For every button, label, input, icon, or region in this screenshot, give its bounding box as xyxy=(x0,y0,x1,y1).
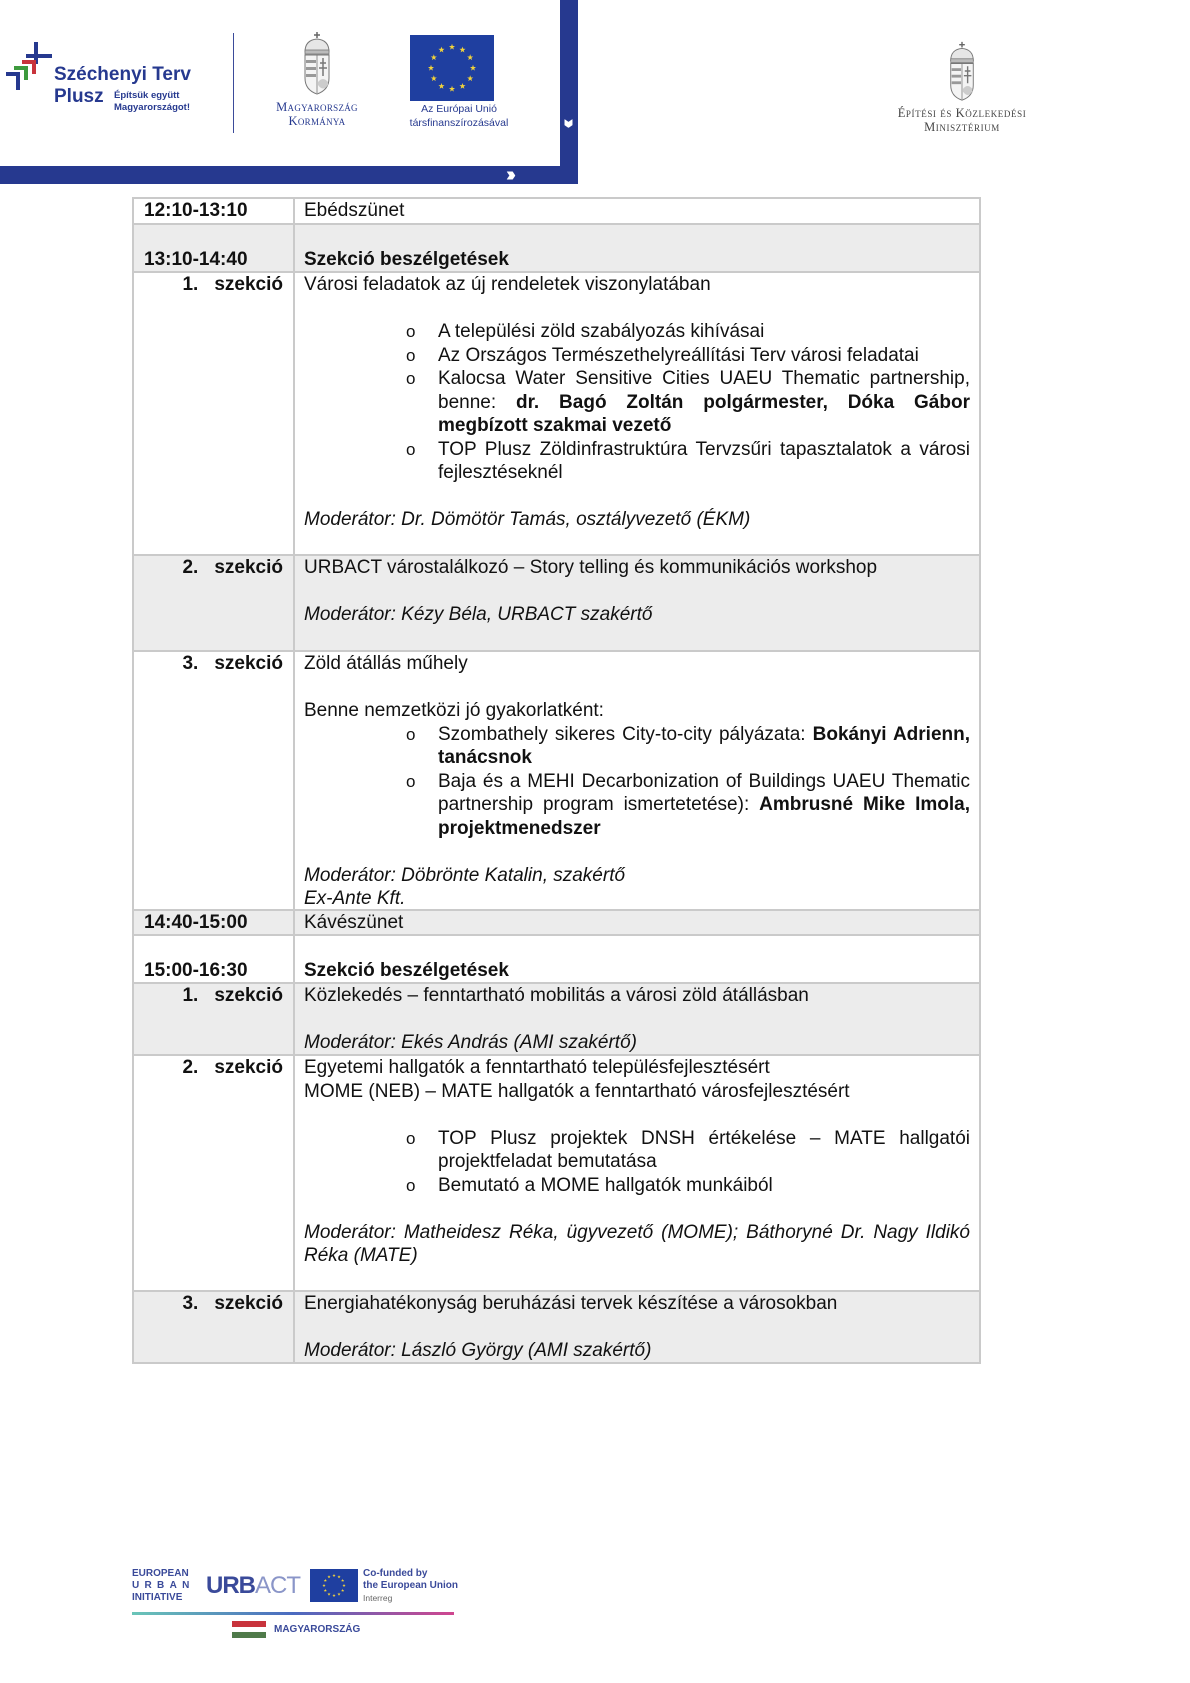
title-cell: Szekció beszélgetések xyxy=(295,936,979,982)
section-cell: 2.szekció xyxy=(134,556,295,650)
title-cell: Kávészünet xyxy=(295,911,979,934)
section-content: Energiahatékonyság beruházási tervek kés… xyxy=(295,1292,979,1362)
section-content: Közlekedés – fenntartható mobilitás a vá… xyxy=(295,984,979,1054)
section-title: Egyetemi hallgatók a fenntartható telepü… xyxy=(304,1056,970,1080)
section-intro: Benne nemzetközi jó gyakorlatként: xyxy=(304,699,970,723)
section-cell: 1.szekció xyxy=(134,273,295,554)
section-label: szekció xyxy=(214,557,283,578)
section-number: 1. xyxy=(182,984,198,1008)
table-row-session-block-1: 13:10-14:40 Szekció beszélgetések xyxy=(134,225,979,273)
table-row-section: 1.szekció Városi feladatok az új rendele… xyxy=(134,273,979,556)
time-cell: 15:00-16:30 xyxy=(134,936,295,982)
header-vertical-bar xyxy=(560,0,578,184)
section-label: szekció xyxy=(214,274,283,295)
time-cell: 13:10-14:40 xyxy=(134,225,295,271)
eu-line-1: Az Európai Unió xyxy=(394,102,524,116)
time-text: 15:00-16:30 xyxy=(144,959,293,983)
speaker-names: dr. Bagó Zoltán polgármester, Dóka Gábor… xyxy=(438,392,970,437)
page-header: Széchenyi Terv Plusz Építsük együtt Magy… xyxy=(0,0,1190,190)
list-item: A települési zöld szabályozás kihívásai xyxy=(398,320,970,344)
country-label: MAGYARORSZÁG xyxy=(274,1624,360,1635)
ministry-logo: Építési és Közlekedési Minisztérium xyxy=(872,40,1052,140)
hungarian-coat-of-arms-icon xyxy=(946,40,978,102)
szechenyi-cross-icon xyxy=(4,42,54,92)
urbact-logo: URBACT xyxy=(206,1572,300,1600)
table-row-section: 1.szekció Közlekedés – fenntartható mobi… xyxy=(134,984,979,1056)
list-item: Bemutató a MOME hallgatók munkáiból xyxy=(398,1174,970,1198)
section-label: szekció xyxy=(214,1293,283,1314)
section-content: URBACT várostalálkozó – Story telling és… xyxy=(295,556,979,650)
title-cell: Ebédszünet xyxy=(295,199,979,223)
logo-divider xyxy=(233,33,234,133)
eu-logo-text: Az Európai Unió társfinanszírozásával xyxy=(394,102,524,130)
ministry-line-1: Építési és Közlekedési xyxy=(872,106,1052,120)
cofunded-line-1: Co-funded by xyxy=(363,1568,458,1580)
section-title: Közlekedés – fenntartható mobilitás a vá… xyxy=(304,984,970,1008)
government-logo: Magyarország Kormánya xyxy=(252,30,382,130)
eu-flag-icon xyxy=(310,1569,358,1602)
section-number: 1. xyxy=(182,273,198,297)
header-horizontal-bar xyxy=(0,166,560,184)
section-cell: 1.szekció xyxy=(134,984,295,1054)
moderator: Moderátor: Kézy Béla, URBACT szakértő xyxy=(304,603,970,627)
szechenyi-title: Széchenyi Terv xyxy=(54,64,191,86)
szechenyi-tagline: Építsük együtt Magyarországot! xyxy=(114,90,190,114)
hungarian-flag-icon xyxy=(232,1621,266,1638)
section-title: Energiahatékonyság beruházási tervek kés… xyxy=(304,1292,970,1316)
eui-line-2: URBAN xyxy=(132,1580,195,1592)
section-subtitle: MOME (NEB) – MATE hallgatók a fenntartha… xyxy=(304,1080,970,1104)
szechenyi-subtitle: Plusz xyxy=(54,86,104,108)
chevrons-down-icon: ››› xyxy=(560,112,578,130)
european-urban-initiative-logo: EUROPEAN URBAN INITIATIVE xyxy=(132,1568,195,1604)
list-item: Szombathely sikeres City-to-city pályáza… xyxy=(398,723,970,770)
list-item-text: Szombathely sikeres City-to-city pályáza… xyxy=(438,724,813,745)
section-number: 2. xyxy=(182,1056,198,1080)
szechenyi-terv-logo: Széchenyi Terv Plusz Építsük együtt Magy… xyxy=(4,42,234,122)
table-row-section: 2.szekció URBACT várostalálkozó – Story … xyxy=(134,556,979,652)
moderator-org: Ex-Ante Kft. xyxy=(304,887,970,911)
moderator: Moderátor: László György (AMI szakértő) xyxy=(304,1339,970,1363)
time-text: 13:10-14:40 xyxy=(144,248,293,272)
moderator: Moderátor: Ekés András (AMI szakértő) xyxy=(304,1031,970,1055)
title-text: Szekció beszélgetések xyxy=(304,959,970,983)
ministry-logo-text: Építési és Közlekedési Minisztérium xyxy=(872,106,1052,134)
cofunded-line-2: the European Union xyxy=(363,1580,458,1592)
moderator: Moderátor: Matheidesz Réka, ügyvezető (M… xyxy=(304,1221,970,1268)
table-row-lunch: 12:10-13:10 Ebédszünet xyxy=(134,199,979,225)
interreg-label: Interreg xyxy=(363,1592,458,1604)
table-row-section: 2.szekció Egyetemi hallgatók a fenntarth… xyxy=(134,1056,979,1292)
section-label: szekció xyxy=(214,985,283,1006)
table-row-coffee-break: 14:40-15:00 Kávészünet xyxy=(134,911,979,936)
section-label: szekció xyxy=(214,1057,283,1078)
section-title: Városi feladatok az új rendeletek viszon… xyxy=(304,273,970,297)
list-item: TOP Plusz projektek DNSH értékelése – MA… xyxy=(398,1127,970,1174)
chevrons-right-icon: ››› xyxy=(506,166,511,184)
moderator: Moderátor: Döbrönte Katalin, szakértő xyxy=(304,864,970,888)
section-number: 3. xyxy=(182,1292,198,1316)
list-item: Az Országos Természethelyreállítási Terv… xyxy=(398,344,970,368)
table-row-section: 3.szekció Zöld átállás műhely Benne nemz… xyxy=(134,652,979,911)
section-title: Zöld átállás műhely xyxy=(304,652,970,676)
gradient-divider xyxy=(132,1612,454,1615)
title-cell: Szekció beszélgetések xyxy=(295,225,979,271)
cofunded-text: Co-funded by the European Union Interreg xyxy=(363,1568,458,1604)
tagline-line-1: Építsük együtt xyxy=(114,90,190,102)
title-text: Szekció beszélgetések xyxy=(304,248,970,272)
urbact-bold: URB xyxy=(206,1572,255,1599)
section-content: Egyetemi hallgatók a fenntartható telepü… xyxy=(295,1056,979,1290)
agenda-table: 12:10-13:10 Ebédszünet 13:10-14:40 Szekc… xyxy=(132,197,981,1364)
gov-line-1: Magyarország xyxy=(252,100,382,114)
tagline-line-2: Magyarországot! xyxy=(114,102,190,114)
eui-line-1: EUROPEAN xyxy=(132,1568,195,1580)
eui-line-3: INITIATIVE xyxy=(132,1592,195,1604)
eu-line-2: társfinanszírozásával xyxy=(394,116,524,130)
section-number: 3. xyxy=(182,652,198,676)
list-item: Kalocsa Water Sensitive Cities UAEU Them… xyxy=(398,367,970,438)
moderator: Moderátor: Dr. Dömötör Tamás, osztályvez… xyxy=(304,508,970,532)
eu-logo: Az Európai Unió társfinanszírozásával xyxy=(394,32,524,132)
bullet-list: Szombathely sikeres City-to-city pályáza… xyxy=(304,723,970,841)
time-cell: 12:10-13:10 xyxy=(134,199,295,223)
urbact-light: ACT xyxy=(255,1572,300,1599)
list-item: Baja és a MEHI Decarbonization of Buildi… xyxy=(398,770,970,841)
section-label: szekció xyxy=(214,653,283,674)
time-cell: 14:40-15:00 xyxy=(134,911,295,934)
section-title: URBACT várostalálkozó – Story telling és… xyxy=(304,556,970,580)
government-logo-text: Magyarország Kormánya xyxy=(252,100,382,128)
section-cell: 2.szekció xyxy=(134,1056,295,1290)
bullet-list: A települési zöld szabályozás kihívásai … xyxy=(304,320,970,485)
section-content: Zöld átállás műhely Benne nemzetközi jó … xyxy=(295,652,979,909)
table-row-section: 3.szekció Energiahatékonyság beruházási … xyxy=(134,1292,979,1364)
gov-line-2: Kormánya xyxy=(252,114,382,128)
bullet-list: TOP Plusz projektek DNSH értékelése – MA… xyxy=(304,1127,970,1198)
list-item: TOP Plusz Zöldinfrastruktúra Tervzsűri t… xyxy=(398,438,970,485)
ministry-line-2: Minisztérium xyxy=(872,120,1052,134)
section-cell: 3.szekció xyxy=(134,652,295,909)
section-cell: 3.szekció xyxy=(134,1292,295,1362)
page-footer: EUROPEAN URBAN INITIATIVE URBACT Co-fund… xyxy=(130,1562,460,1662)
section-number: 2. xyxy=(182,556,198,580)
eu-flag-icon xyxy=(410,35,494,101)
table-row-session-block-2: 15:00-16:30 Szekció beszélgetések xyxy=(134,936,979,984)
section-content: Városi feladatok az új rendeletek viszon… xyxy=(295,273,979,554)
hungarian-coat-of-arms-icon xyxy=(300,30,334,96)
